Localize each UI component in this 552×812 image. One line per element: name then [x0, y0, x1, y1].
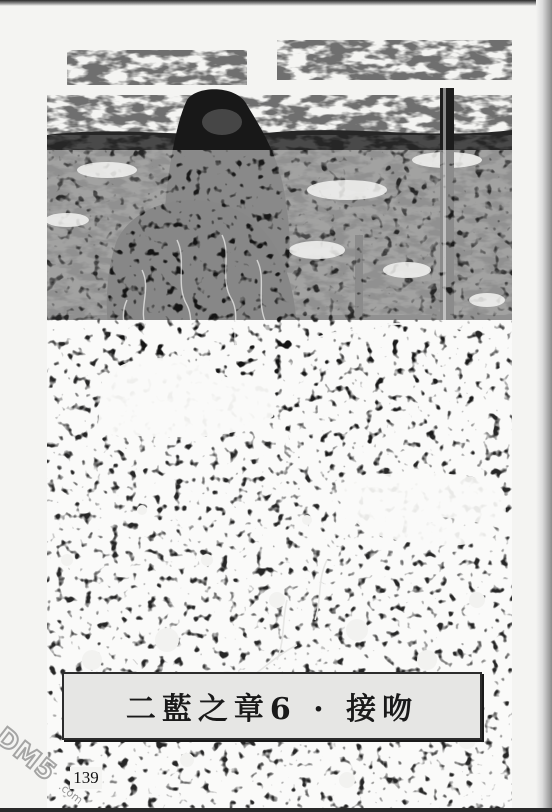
chapter-title: 二藍之章6 · 接吻 — [126, 684, 418, 728]
scan-bottom-edge — [0, 808, 552, 812]
chapter-title-banner: 二藍之章6 · 接吻 — [62, 672, 482, 740]
scan-top-shadow — [0, 0, 552, 6]
page-number: 139 — [70, 767, 102, 789]
scan-right-edge — [536, 0, 552, 812]
